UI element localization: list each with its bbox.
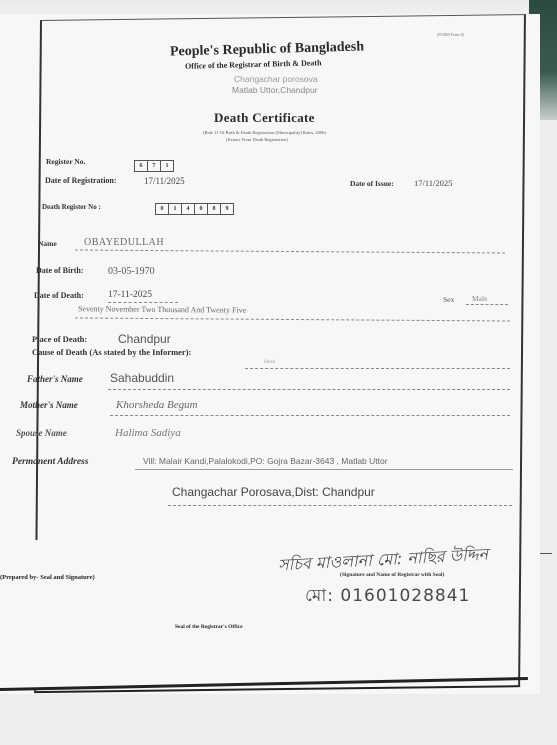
form-code: (FORM Form-8) [437, 32, 464, 37]
date-of-death-label: Date of Death: [34, 291, 84, 300]
mother-name-label: Mother's Name [20, 400, 78, 410]
date-of-birth-label: Date of Birth: [36, 266, 84, 275]
cause-of-death: Stock [264, 360, 275, 365]
register-no-label: Register No. [46, 157, 85, 166]
death-register-digit: 0 [195, 204, 208, 214]
registrar-phone: মো: 01601028841 [305, 583, 470, 611]
date-of-issue: 17/11/2025 [414, 178, 452, 188]
certificate-content: (FORM Form-8) People's Republic of Bangl… [0, 0, 557, 745]
mother-name: Khorsheda Begum [116, 399, 198, 411]
date-of-issue-label: Date of Issue: [350, 179, 394, 188]
sex-label: Sex [443, 295, 454, 304]
death-register-digit: 9 [221, 204, 233, 214]
mother-underline [110, 415, 510, 416]
death-register-digit: 4 [182, 204, 195, 214]
address-line-2: Changachar Porosava,Dist: Chandpur [172, 485, 375, 499]
cause-of-death-label: Cause of Death (As stated by the Informe… [32, 347, 191, 357]
register-no-boxes: 6 7 1 [134, 160, 174, 172]
address-underline-1 [135, 469, 513, 470]
address-line-1: Vill: Malair Kandi,Palalokodi,PO: Gojra … [143, 456, 388, 466]
father-name-label: Father's Name [27, 374, 83, 384]
death-register-digit: 8 [208, 204, 221, 214]
certificate-title: Death Certificate [214, 110, 315, 126]
death-register-digit: 0 [156, 204, 169, 214]
rule-reference: (Rule 11 Of Birth & Death Registration (… [203, 130, 326, 135]
date-of-death-underline [108, 302, 178, 303]
register-digit: 7 [148, 161, 161, 171]
date-of-death: 17-11-2025 [108, 290, 152, 300]
date-of-registration: 17/11/2025 [144, 176, 185, 186]
date-of-birth: 03-05-1970 [108, 266, 155, 277]
deceased-name: OBAYEDULLAH [84, 237, 164, 248]
spouse-name: Halima Sadiya [115, 427, 181, 439]
date-of-death-words: Seventy November Two Thousand And Twenty… [78, 304, 246, 314]
register-digit: 6 [135, 161, 148, 171]
death-register-no-label: Death Register No : [42, 203, 101, 211]
address-underline-2 [168, 505, 512, 506]
country-heading: People's Republic of Bangladesh [170, 39, 364, 60]
date-words-underline [75, 317, 510, 321]
registrar-signature-caption: (Signature and Name of Registrar with Se… [340, 572, 444, 578]
name-label: Name [38, 239, 57, 248]
permanent-address-label: Permanent Address [12, 457, 88, 467]
spouse-name-label: Spouse Name [16, 428, 67, 438]
registrar-seal-label: Seal of the Registrar's Office [175, 624, 243, 630]
sex-underline [466, 304, 508, 305]
sex-value: Male [472, 294, 487, 303]
signature-stroke [540, 553, 552, 554]
name-underline [75, 249, 505, 253]
death-register-digit: 1 [169, 204, 182, 214]
father-underline [108, 389, 510, 390]
cause-underline [245, 368, 510, 369]
office-heading: Office of the Registrar of Birth & Death [185, 58, 322, 71]
extract-note: (Extract From Death Registration) [226, 137, 288, 142]
place-of-death-label: Place of Death: [32, 334, 87, 344]
prepared-by-label: (Prepared by- Seal and Signature) [0, 574, 95, 581]
date-of-registration-label: Date of Registration: [45, 176, 117, 185]
municipality-name: Changachar porosova [234, 74, 318, 84]
place-of-death: Chandpur [118, 332, 171, 346]
office-location: Matlab Uttor,Chandpur [232, 85, 318, 95]
register-digit: 1 [161, 161, 173, 171]
death-register-no-boxes: 0 1 4 0 8 9 [155, 203, 234, 215]
father-name: Sahabuddin [110, 371, 174, 385]
